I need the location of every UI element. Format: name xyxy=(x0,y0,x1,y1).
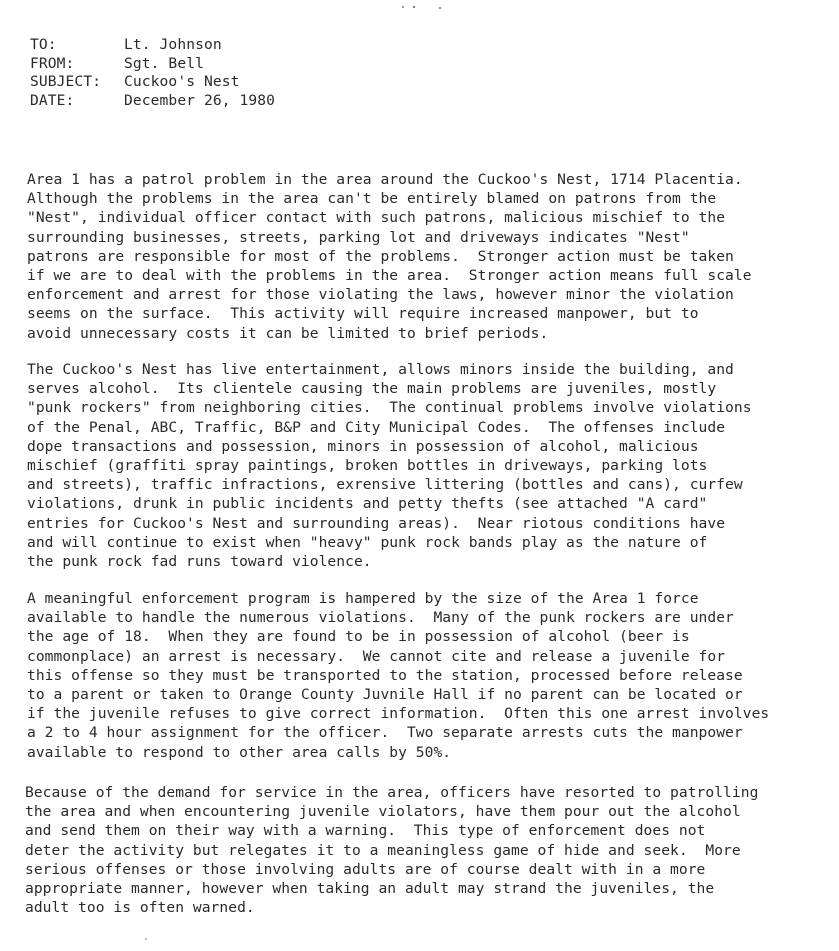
text-line: deter the activity but relegates it to a… xyxy=(25,841,758,860)
text-line: patrons are responsible for most of the … xyxy=(27,247,752,266)
text-line: if we are to deal with the problems in t… xyxy=(27,266,752,285)
header-value: Sgt. Bell xyxy=(124,55,204,74)
text-line: Area 1 has a patrol problem in the area … xyxy=(27,170,752,189)
paragraph-4: Because of the demand for service in the… xyxy=(25,783,758,917)
text-line: entries for Cuckoo's Nest and surroundin… xyxy=(27,514,752,533)
header-value: Cuckoo's Nest xyxy=(124,73,240,92)
memo-page: TO: Lt. Johnson FROM: Sgt. Bell SUBJECT:… xyxy=(0,0,839,951)
text-line: if the juvenile refuses to give correct … xyxy=(27,704,769,723)
text-line: mischief (graffiti spray paintings, brok… xyxy=(27,456,752,475)
header-label: TO: xyxy=(30,36,124,55)
scan-speck xyxy=(402,6,404,8)
text-line: The Cuckoo's Nest has live entertainment… xyxy=(27,360,752,379)
text-line: A meaningful enforcement program is hamp… xyxy=(27,589,769,608)
text-line: appropriate manner, however when taking … xyxy=(25,879,758,898)
text-line: Because of the demand for service in the… xyxy=(25,783,758,802)
header-value: December 26, 1980 xyxy=(124,92,275,111)
header-subject: SUBJECT: Cuckoo's Nest xyxy=(30,73,275,92)
scan-speck xyxy=(145,938,147,940)
text-line: violations, drunk in public incidents an… xyxy=(27,494,752,513)
text-line: surrounding businesses, streets, parking… xyxy=(27,228,752,247)
text-line: Although the problems in the area can't … xyxy=(27,189,752,208)
text-line: available to handle the numerous violati… xyxy=(27,608,769,627)
paragraph-3: A meaningful enforcement program is hamp… xyxy=(27,589,769,762)
text-line: a 2 to 4 hour assignment for the officer… xyxy=(27,723,769,742)
text-line: commonplace) an arrest is necessary. We … xyxy=(27,647,769,666)
text-line: dope transactions and possession, minors… xyxy=(27,437,752,456)
text-line: "punk rockers" from neighboring cities. … xyxy=(27,398,752,417)
header-label: DATE: xyxy=(30,92,124,111)
header-from: FROM: Sgt. Bell xyxy=(30,55,275,74)
text-line: avoid unnecessary costs it can be limite… xyxy=(27,324,752,343)
text-line: adult too is often warned. xyxy=(25,898,758,917)
text-line: serious offenses or those involving adul… xyxy=(25,860,758,879)
text-line: this offense so they must be transported… xyxy=(27,666,769,685)
text-line: to a parent or taken to Orange County Ju… xyxy=(27,685,769,704)
header-date: DATE: December 26, 1980 xyxy=(30,92,275,111)
text-line: the area and when encountering juvenile … xyxy=(25,802,758,821)
text-line: of the Penal, ABC, Traffic, B&P and City… xyxy=(27,418,752,437)
text-line: the punk rock fad runs toward violence. xyxy=(27,552,752,571)
scan-speck xyxy=(413,6,415,8)
scan-speck xyxy=(439,7,441,9)
text-line: "Nest", individual officer contact with … xyxy=(27,208,752,227)
text-line: seems on the surface. This activity will… xyxy=(27,304,752,323)
header-label: FROM: xyxy=(30,55,124,74)
text-line: and send them on their way with a warnin… xyxy=(25,821,758,840)
paragraph-1: Area 1 has a patrol problem in the area … xyxy=(27,170,752,343)
header-label: SUBJECT: xyxy=(30,73,124,92)
text-line: enforcement and arrest for those violati… xyxy=(27,285,752,304)
text-line: available to respond to other area calls… xyxy=(27,743,769,762)
header-to: TO: Lt. Johnson xyxy=(30,36,275,55)
paragraph-2: The Cuckoo's Nest has live entertainment… xyxy=(27,360,752,571)
text-line: serves alcohol. Its clientele causing th… xyxy=(27,379,752,398)
text-line: the age of 18. When they are found to be… xyxy=(27,627,769,646)
memo-header: TO: Lt. Johnson FROM: Sgt. Bell SUBJECT:… xyxy=(30,36,275,111)
header-value: Lt. Johnson xyxy=(124,36,222,55)
text-line: and streets), traffic infractions, exren… xyxy=(27,475,752,494)
text-line: and will continue to exist when "heavy" … xyxy=(27,533,752,552)
